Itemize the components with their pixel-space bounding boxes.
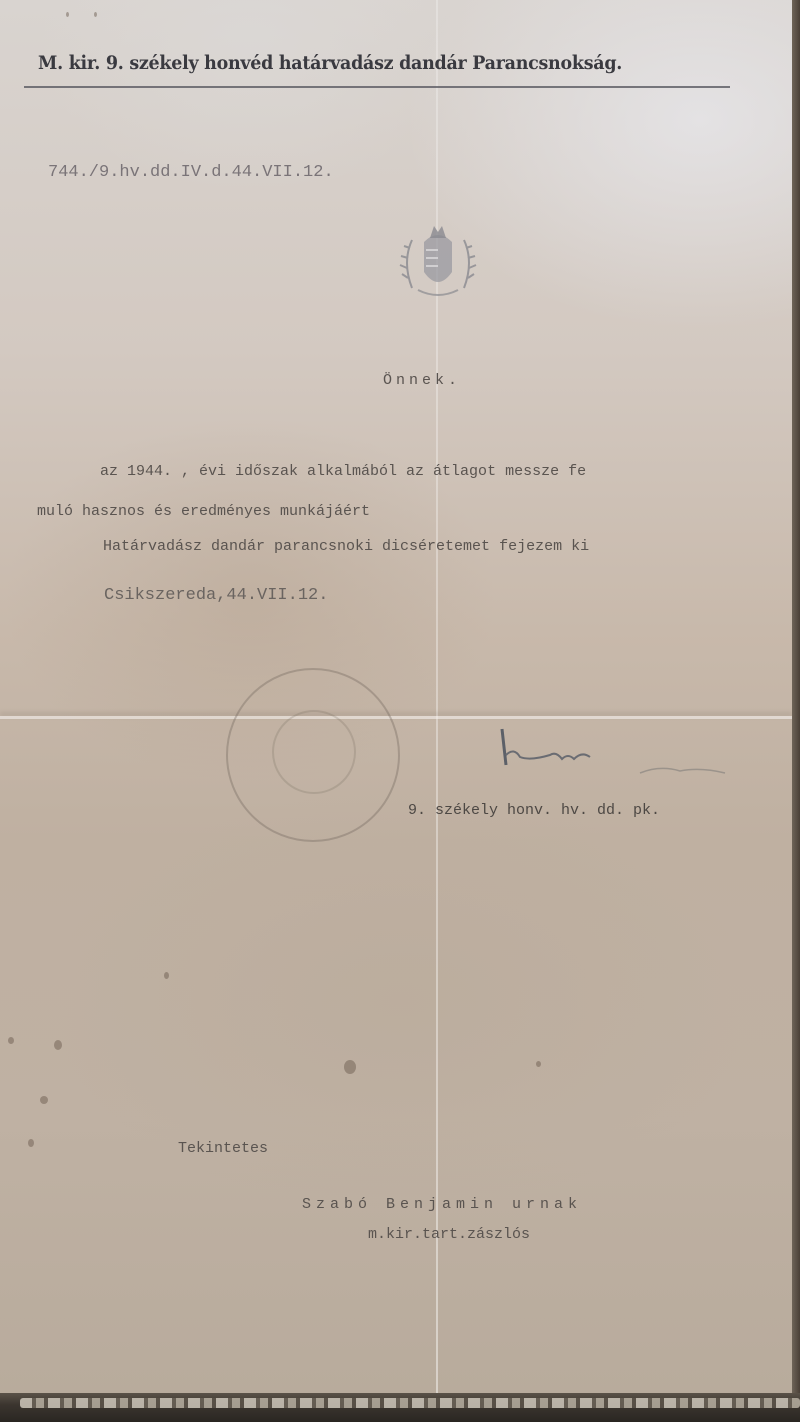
- stain-spot: [164, 972, 169, 979]
- place-and-date: Csikszereda,44.VII.12.: [104, 586, 328, 605]
- handwritten-signature: [490, 725, 740, 785]
- seal-inner-ring: [272, 710, 356, 794]
- stain-spot: [28, 1139, 34, 1147]
- stain-spot: [66, 12, 69, 17]
- salutation: Önnek.: [383, 372, 461, 389]
- photo-background-edge: [792, 0, 800, 1422]
- stain-spot: [54, 1040, 62, 1050]
- stain-spot: [8, 1037, 14, 1044]
- official-seal-stamp: [226, 668, 400, 842]
- signer-title: 9. székely honv. hv. dd. pk.: [408, 802, 660, 819]
- letterhead-title: M. kir. 9. székely honvéd határvadász da…: [38, 52, 622, 74]
- body-line-2: muló hasznos és eredményes munkájáért: [37, 503, 370, 520]
- document-paper: [0, 0, 792, 1400]
- letterhead-underline: [24, 86, 730, 88]
- recipient-rank: m.kir.tart.zászlós: [368, 1226, 530, 1243]
- body-line-3: Határvadász dandár parancsnoki dicsérete…: [103, 538, 589, 555]
- recipient-name: Szabó Benjamin urnak: [302, 1196, 582, 1213]
- frame-beaded-molding: [20, 1398, 800, 1408]
- recipient-honorific: Tekintetes: [178, 1140, 268, 1157]
- horizontal-fold-crease: [0, 716, 792, 719]
- body-line-1: az 1944. , évi időszak alkalmából az átl…: [100, 463, 586, 480]
- stain-spot: [40, 1096, 48, 1104]
- stain-spot: [536, 1061, 541, 1067]
- reference-number: 744./9.hv.dd.IV.d.44.VII.12.: [48, 163, 334, 182]
- stain-spot: [344, 1060, 356, 1074]
- vertical-fold-crease: [436, 0, 438, 1400]
- stain-spot: [94, 12, 97, 17]
- hungarian-coat-of-arms-icon: [398, 218, 478, 302]
